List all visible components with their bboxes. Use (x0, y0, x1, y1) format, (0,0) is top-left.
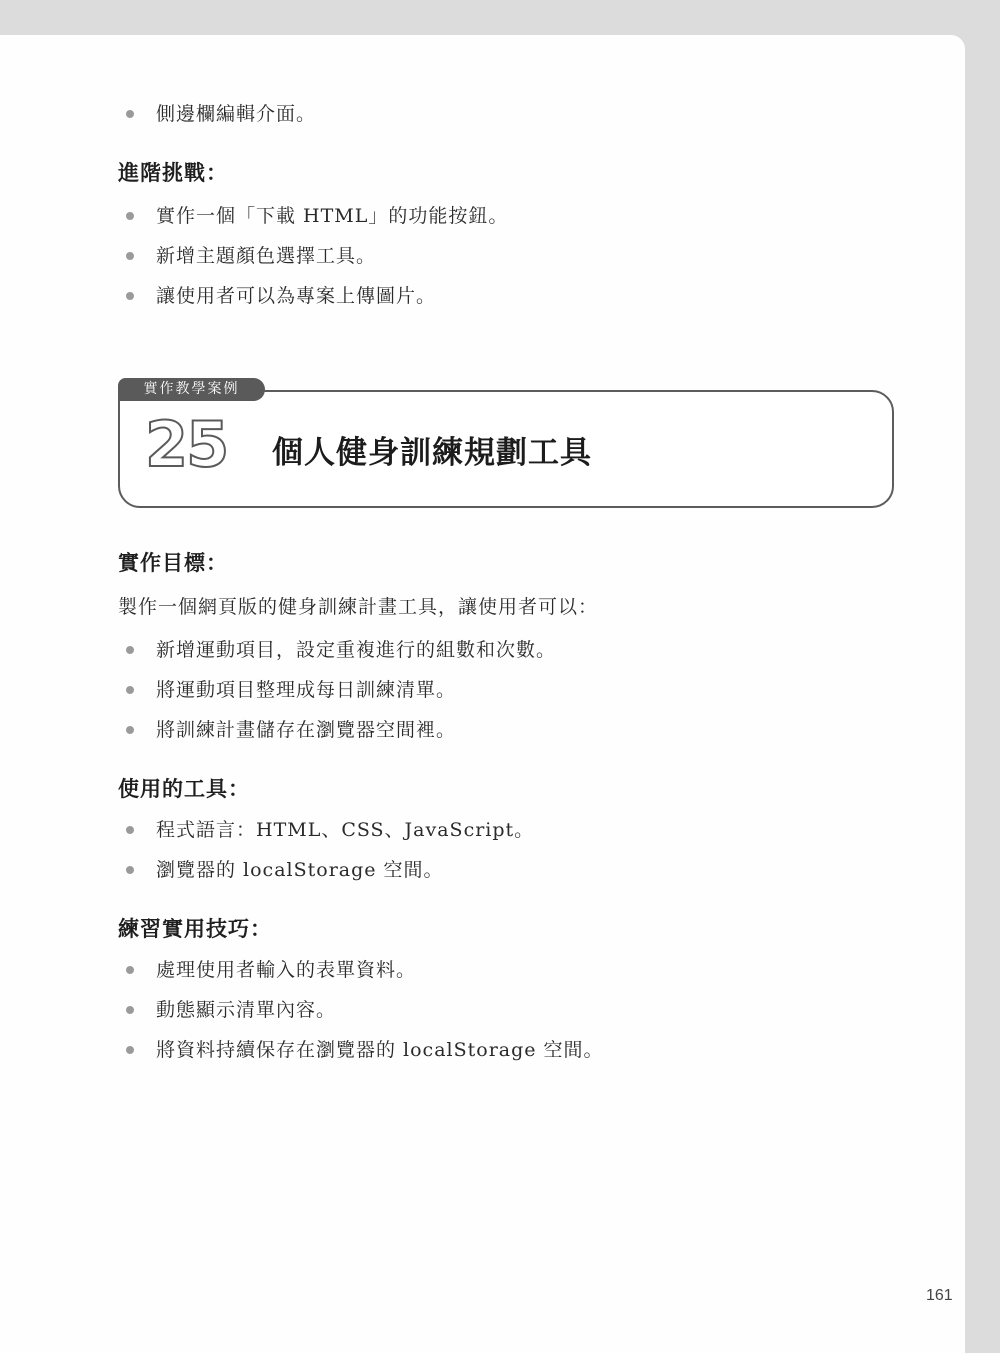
advanced-challenge-list: 實作一個「下載 HTML」的功能按鈕。 新增主題顏色選擇工具。 讓使用者可以為專… (0, 196, 508, 316)
list-item-text: 新增運動項目，設定重複進行的組數和次數。 (156, 639, 556, 661)
bullet-dot-icon (126, 686, 134, 694)
list-item: 側邊欄編輯介面。 (0, 94, 316, 134)
book-page: 側邊欄編輯介面。 進階挑戰： 實作一個「下載 HTML」的功能按鈕。 新增主題顏… (0, 35, 965, 1353)
case-title: 個人健身訓練規劃工具 (272, 427, 592, 472)
top-bullet-list: 側邊欄編輯介面。 (0, 94, 316, 134)
bullet-dot-icon (126, 292, 134, 300)
bullet-dot-icon (126, 110, 134, 118)
list-item-text: 讓使用者可以為專案上傳圖片。 (156, 285, 436, 307)
bullet-dot-icon (126, 212, 134, 220)
list-item-text: 將運動項目整理成每日訓練清單。 (156, 679, 456, 701)
list-item: 瀏覽器的 localStorage 空間。 (0, 850, 534, 890)
page-number: 161 (926, 1287, 953, 1305)
goals-intro: 製作一個網頁版的健身訓練計畫工具，讓使用者可以： (118, 592, 598, 619)
list-item: 實作一個「下載 HTML」的功能按鈕。 (0, 196, 508, 236)
list-item: 動態顯示清單內容。 (0, 990, 604, 1030)
list-item-text: 動態顯示清單內容。 (156, 999, 336, 1021)
goals-list: 新增運動項目，設定重複進行的組數和次數。 將運動項目整理成每日訓練清單。 將訓練… (0, 630, 556, 750)
list-item-text: 側邊欄編輯介面。 (156, 103, 316, 125)
list-item: 將資料持續保存在瀏覽器的 localStorage 空間。 (0, 1030, 604, 1070)
list-item: 處理使用者輸入的表單資料。 (0, 950, 604, 990)
skills-list: 處理使用者輸入的表單資料。 動態顯示清單內容。 將資料持續保存在瀏覽器的 loc… (0, 950, 604, 1070)
tools-heading: 使用的工具： (118, 773, 250, 803)
list-item-text: 程式語言：HTML、CSS、JavaScript。 (156, 819, 534, 841)
goals-heading: 實作目標： (118, 547, 228, 577)
list-item-text: 新增主題顏色選擇工具。 (156, 245, 376, 267)
list-item-text: 實作一個「下載 HTML」的功能按鈕。 (156, 205, 508, 227)
skills-heading: 練習實用技巧： (118, 913, 272, 943)
list-item-text: 瀏覽器的 localStorage 空間。 (156, 859, 444, 881)
bullet-dot-icon (126, 252, 134, 260)
bullet-dot-icon (126, 646, 134, 654)
list-item: 讓使用者可以為專案上傳圖片。 (0, 276, 508, 316)
list-item-text: 處理使用者輸入的表單資料。 (156, 959, 416, 981)
bullet-dot-icon (126, 1046, 134, 1054)
bullet-dot-icon (126, 966, 134, 974)
bullet-dot-icon (126, 1006, 134, 1014)
advanced-challenge-heading: 進階挑戰： (118, 157, 228, 187)
list-item: 新增運動項目，設定重複進行的組數和次數。 (0, 630, 556, 670)
list-item: 程式語言：HTML、CSS、JavaScript。 (0, 810, 534, 850)
tools-list: 程式語言：HTML、CSS、JavaScript。 瀏覽器的 localStor… (0, 810, 534, 890)
list-item-text: 將資料持續保存在瀏覽器的 localStorage 空間。 (156, 1039, 604, 1061)
bullet-dot-icon (126, 726, 134, 734)
case-number: 25 (145, 410, 227, 480)
bullet-dot-icon (126, 826, 134, 834)
list-item: 將訓練計畫儲存在瀏覽器空間裡。 (0, 710, 556, 750)
list-item: 新增主題顏色選擇工具。 (0, 236, 508, 276)
bullet-dot-icon (126, 866, 134, 874)
case-tab-label: 實作教學案例 (118, 378, 265, 401)
list-item: 將運動項目整理成每日訓練清單。 (0, 670, 556, 710)
list-item-text: 將訓練計畫儲存在瀏覽器空間裡。 (156, 719, 456, 741)
